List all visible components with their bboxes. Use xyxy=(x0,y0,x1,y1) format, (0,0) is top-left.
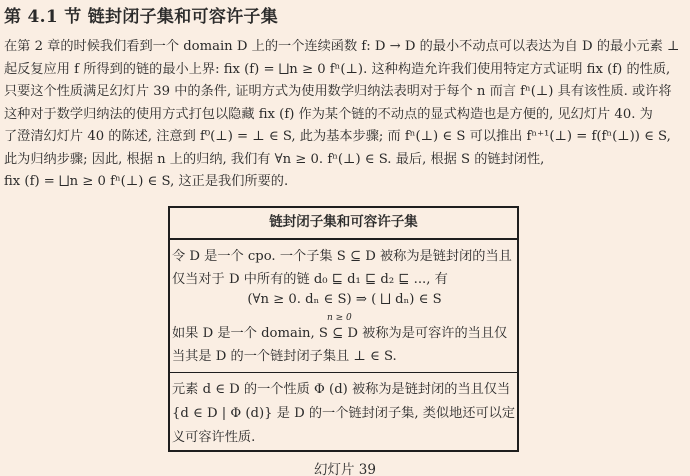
paragraph-line: 在第 2 章的时候我们看到一个 domain D 上的一个连续函数 f: D →… xyxy=(4,36,688,59)
formula: (∀n ≥ 0. dₙ ∈ S) ⇒ ( ⨆ dₙ) ∈ S n ≥ 0 xyxy=(172,291,517,323)
paragraph-line: 只要这个性质满足幻灯片 39 中的条件, 证明方式为使用数学归纳法表明对于每个 … xyxy=(4,81,688,104)
definition-text: 当其是 D 的一个链封闭子集且 ⊥ ∈ S. xyxy=(172,346,517,369)
formula-main: (∀n ≥ 0. dₙ ∈ S) ⇒ ( ⨆ dₙ) ∈ S xyxy=(247,292,441,307)
paragraph-line: 起反复应用 f 所得到的链的最小上界: fix (f) = ⨆n ≥ 0 fⁿ(… xyxy=(4,59,688,82)
definition-text: 令 D 是一个 cpo. 一个子集 S ⊆ D 被称为是链封闭的当且 xyxy=(172,246,517,269)
definition-text: {d ∈ D | Φ (d)} 是 D 的一个链封闭子集, 类似地还可以定 xyxy=(172,402,517,426)
formula-subscript: n ≥ 0 xyxy=(327,309,352,327)
definition-text: 仅当对于 D 中所有的链 d₀ ⊑ d₁ ⊑ d₂ ⊑ ..., 有 xyxy=(172,269,517,292)
slide-caption: 幻灯片 39 xyxy=(0,458,690,476)
paragraph-line: 了澄清幻灯片 40 的陈述, 注意到 f⁰(⊥) = ⊥ ∈ S, 此为基本步骤… xyxy=(4,126,688,149)
definition-section-property: 元素 d ∈ D 的一个性质 Φ (d) 被称为是链封闭的当且仅当 {d ∈ D… xyxy=(170,373,517,450)
paragraph-line: 此为归纳步骤; 因此, 根据 n 上的归纳, 我们有 ∀n ≥ 0. fⁿ(⊥)… xyxy=(4,149,688,172)
definition-section-chain-closed: 令 D 是一个 cpo. 一个子集 S ⊆ D 被称为是链封闭的当且 仅当对于 … xyxy=(170,240,517,373)
definition-box-header: 链封闭子集和可容许子集 xyxy=(170,208,517,240)
definition-text: 元素 d ∈ D 的一个性质 Φ (d) 被称为是链封闭的当且仅当 xyxy=(172,378,517,402)
paragraph-line: 这种对于数学归纳法的使用方式打包以隐藏 fix (f) 作为某个链的不动点的显式… xyxy=(4,104,688,127)
definition-text: 义可容许性质. xyxy=(172,426,517,450)
paragraph-line: fix (f) = ⨆n ≥ 0 fⁿ(⊥) ∈ S, 这正是我们所要的. xyxy=(4,171,688,194)
section-title: 第 4.1 节 链封闭子集和可容许子集 xyxy=(4,2,278,27)
definition-box: 链封闭子集和可容许子集 令 D 是一个 cpo. 一个子集 S ⊆ D 被称为是… xyxy=(168,206,519,452)
body-paragraph: 在第 2 章的时候我们看到一个 domain D 上的一个连续函数 f: D →… xyxy=(4,36,688,194)
